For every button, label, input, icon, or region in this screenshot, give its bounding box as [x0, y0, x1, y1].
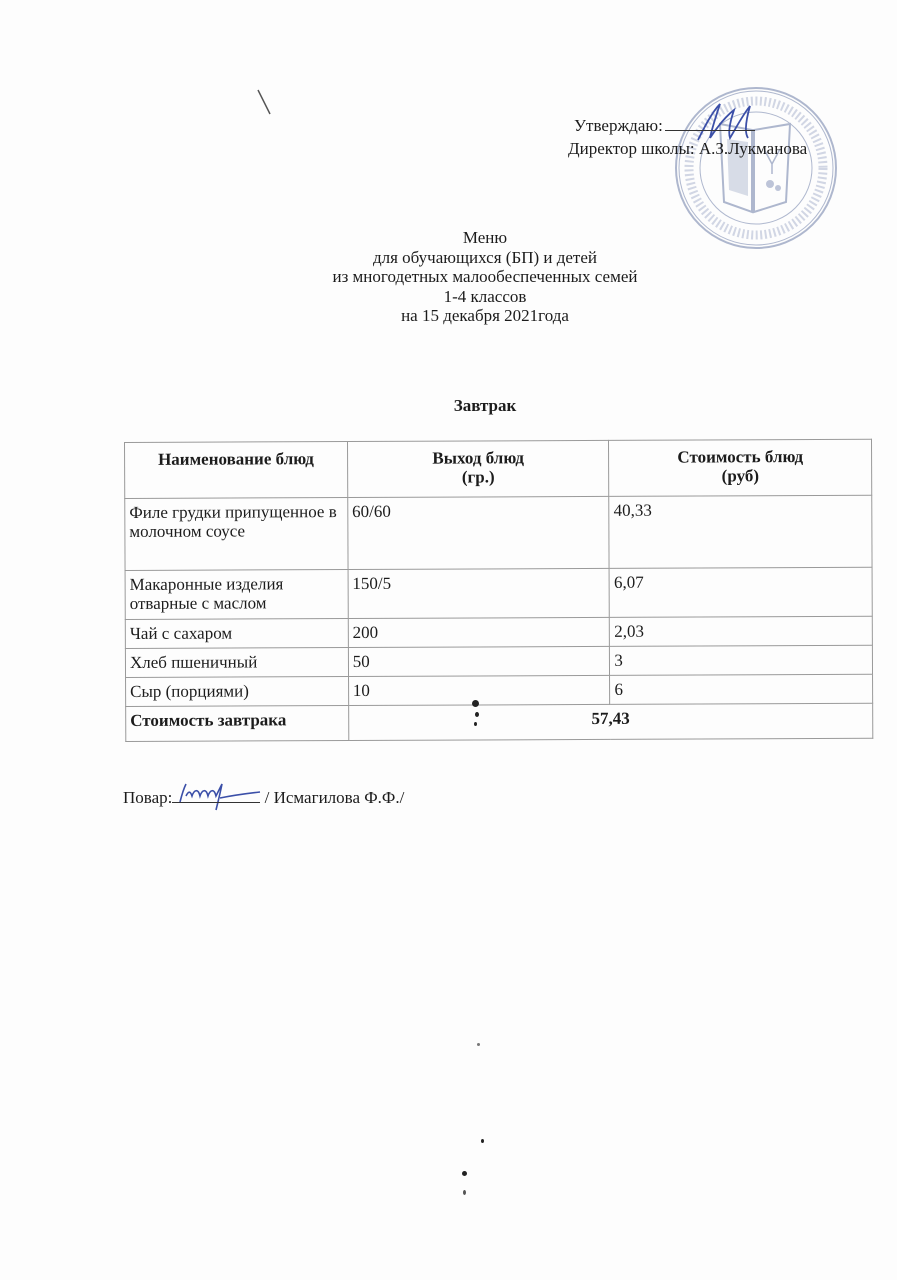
scan-mark [474, 722, 477, 726]
approve-label: Утверждаю: [574, 116, 663, 135]
table-header-row: Наименование блюд Выход блюд (гр.) Стоим… [125, 439, 872, 498]
column-header-weight: Выход блюд (гр.) [347, 440, 609, 497]
column-header-name: Наименование блюд [125, 442, 348, 499]
signature-line [665, 116, 755, 131]
scan-mark [255, 88, 275, 118]
column-header-cost: Стоимость блюд (руб) [609, 439, 872, 496]
title-line-2: для обучающихся (БП) и детей [200, 248, 770, 268]
dish-weight: 50 [348, 646, 610, 676]
title-line-5: на 15 декабря 2021года [200, 306, 770, 326]
dish-name: Чай с сахаром [125, 619, 348, 649]
dish-cost: 3 [610, 645, 873, 675]
title-line-4: 1-4 классов [200, 287, 770, 307]
title-line-3: из многодетных малообеспеченных семей [200, 267, 770, 287]
meal-heading: Завтрак [200, 396, 770, 416]
cook-name: / Исмагилова Ф.Ф./ [265, 788, 405, 807]
dish-cost: 6 [610, 674, 873, 704]
director-line: Директор школы: А.З.Лукманова [568, 139, 807, 159]
signature-line [172, 788, 260, 803]
total-label: Стоимость завтрака [126, 706, 349, 742]
total-value: 57,43 [348, 703, 872, 740]
dish-cost: 40,33 [609, 495, 872, 568]
table-row: Хлеб пшеничный 50 3 [125, 645, 872, 677]
title-line-1: Меню [200, 228, 770, 248]
scan-mark [472, 700, 479, 707]
scan-mark [462, 1171, 467, 1176]
table-row: Сыр (порциями) 10 6 [126, 674, 873, 706]
cook-signature-line: Повар: / Исмагилова Ф.Ф./ [123, 788, 404, 808]
dish-weight: 10 [348, 675, 610, 705]
dish-weight: 60/60 [348, 496, 610, 569]
director-name: А.З.Лукманова [699, 139, 807, 158]
document-title: Меню для обучающихся (БП) и детей из мно… [200, 228, 770, 326]
scan-mark [463, 1190, 466, 1195]
director-label: Директор школы: [568, 139, 695, 158]
dish-name: Филе грудки припущенное в молочном соусе [125, 498, 348, 571]
scan-mark [475, 712, 479, 717]
dish-weight: 150/5 [348, 568, 610, 618]
approval-line: Утверждаю: [574, 116, 755, 136]
total-row: Стоимость завтрака 57,43 [126, 703, 873, 741]
menu-table: Наименование блюд Выход блюд (гр.) Стоим… [124, 439, 873, 742]
dish-cost: 6,07 [609, 567, 872, 617]
scan-mark [477, 1043, 480, 1046]
table-row: Чай с сахаром 200 2,03 [125, 616, 872, 648]
table-row: Филе грудки припущенное в молочном соусе… [125, 495, 872, 570]
dish-name: Хлеб пшеничный [125, 648, 348, 678]
scan-mark [481, 1139, 484, 1143]
dish-weight: 200 [348, 617, 610, 647]
table-row: Макаронные изделия отварные с маслом 150… [125, 567, 872, 619]
dish-name: Макаронные изделия отварные с маслом [125, 570, 348, 620]
dish-name: Сыр (порциями) [126, 677, 349, 707]
dish-cost: 2,03 [610, 616, 873, 646]
cook-label: Повар: [123, 788, 172, 807]
